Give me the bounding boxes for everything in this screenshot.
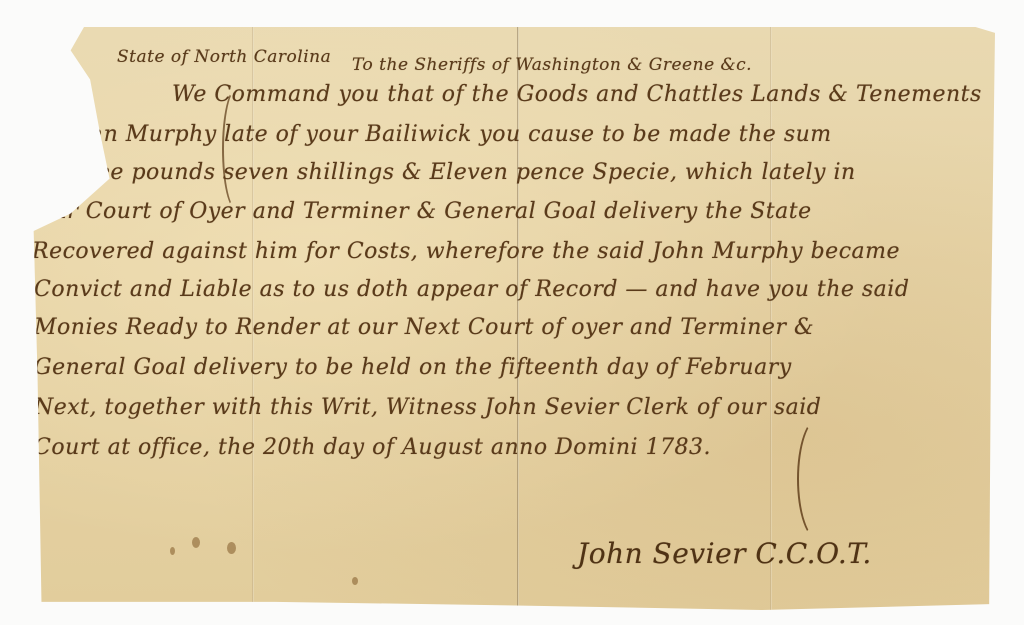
text-line-7: Monies Ready to Render at our Next Court… <box>34 315 814 340</box>
ink-stain <box>352 577 358 585</box>
signature: John Sevier C.C.O.T. <box>577 537 872 570</box>
text-line-5: Recovered against him for Costs, wherefo… <box>32 239 900 264</box>
header-state: State of North Carolina <box>117 47 331 67</box>
text-line-10: Court at office, the 20th day of August … <box>34 435 711 460</box>
text-line-9: Next, together with this Writ, Witness J… <box>34 395 821 420</box>
text-line-1: We Command you that of the Goods and Cha… <box>172 82 982 107</box>
ink-flourish <box>222 87 252 211</box>
ink-flourish <box>797 417 841 541</box>
text-line-3: of three pounds seven shillings & Eleven… <box>32 160 856 185</box>
text-line-2: of John Murphy late of your Bailiwick yo… <box>36 122 832 147</box>
document-sheet: State of North Carolina To the Sheriffs … <box>22 27 995 610</box>
ink-stain <box>227 542 236 554</box>
text-line-4: Our Court of Oyer and Terminer & General… <box>34 199 812 224</box>
header-addressee: To the Sheriffs of Washington & Greene &… <box>352 55 752 75</box>
ink-stain <box>170 547 175 555</box>
text-line-8: General Goal delivery to be held on the … <box>34 355 792 380</box>
text-line-6: Convict and Liable as to us doth appear … <box>34 277 909 302</box>
ink-stain <box>192 537 200 548</box>
